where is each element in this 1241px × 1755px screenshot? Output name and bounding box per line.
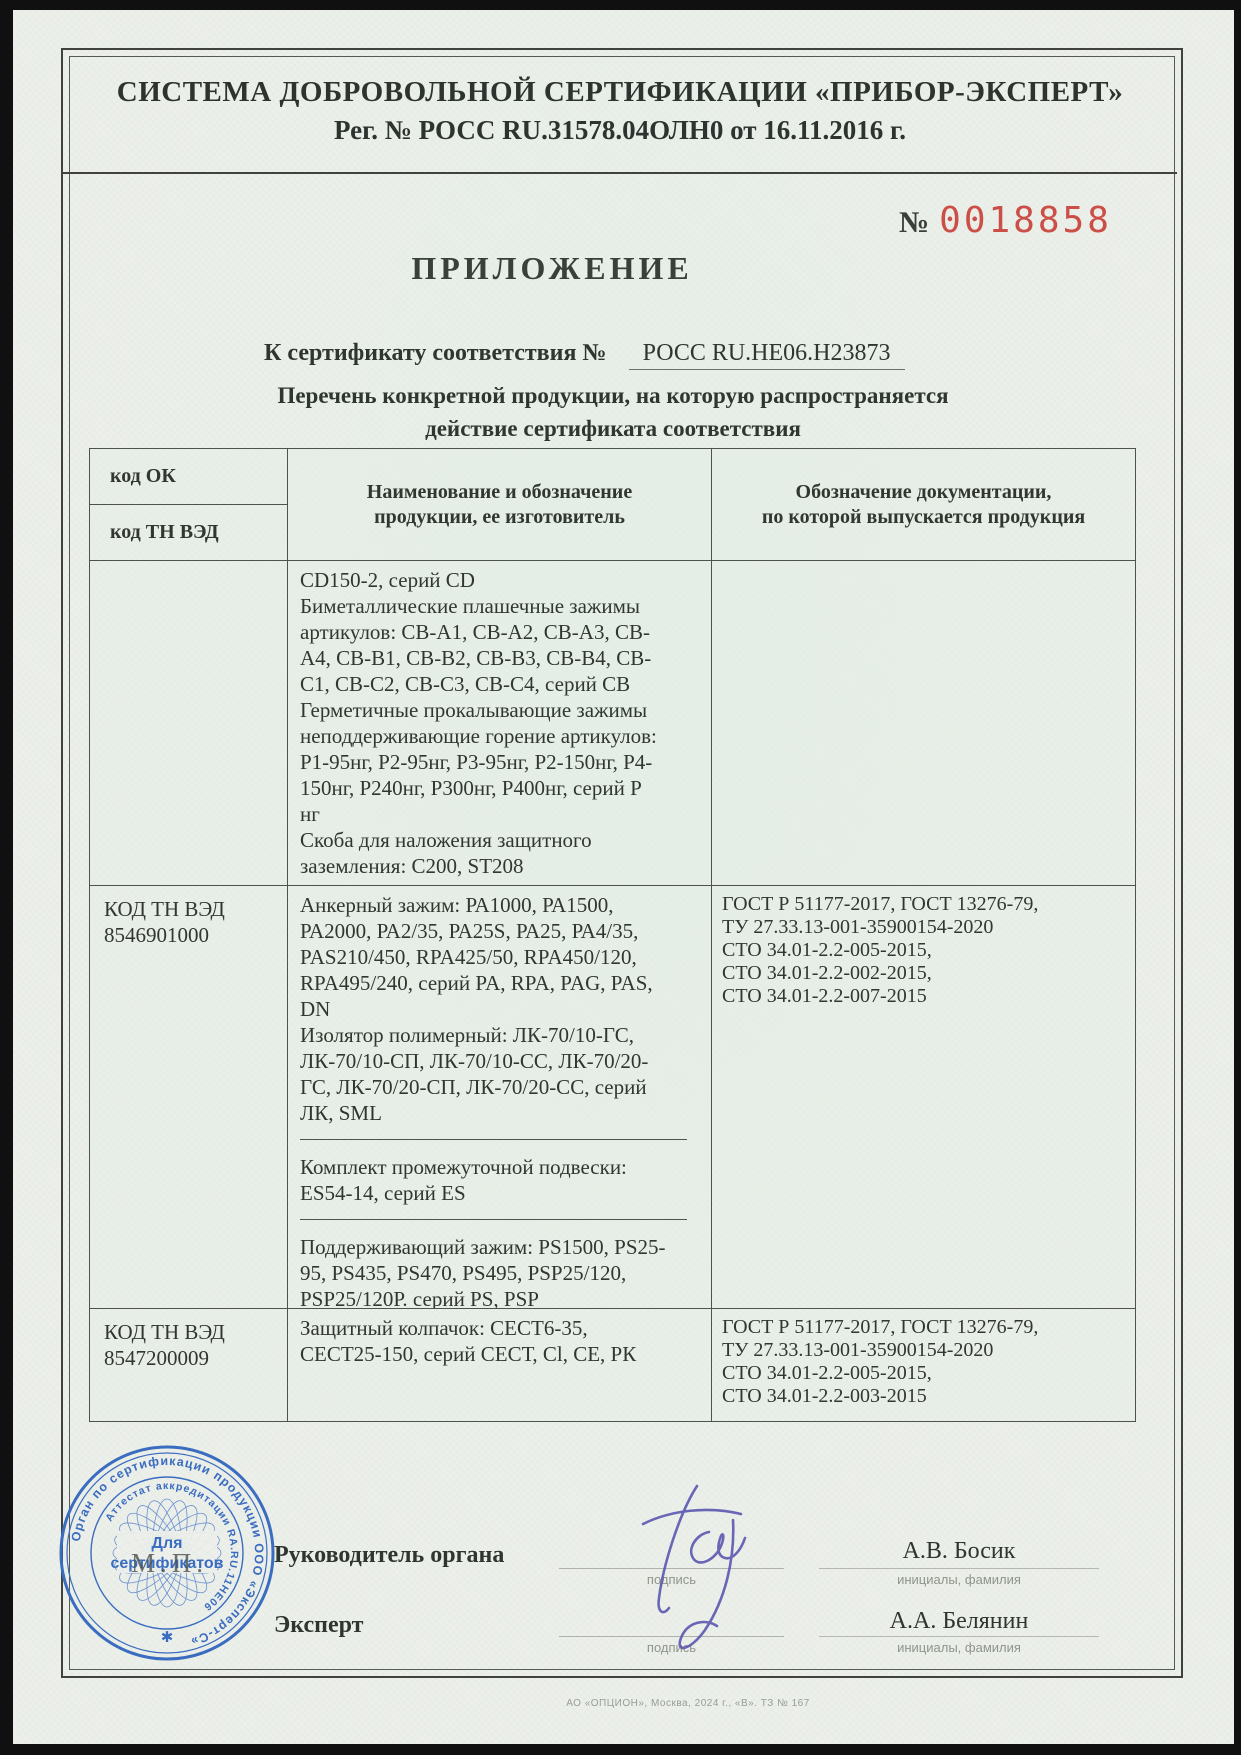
document-number-value: 0018858 [939,200,1112,241]
text-line: СТО 34.01-2.2-003-2015 [722,1385,1129,1408]
cell-section-divider [300,1139,687,1140]
table-row2-docs-cell: ГОСТ Р 51177-2017, ГОСТ 13276-79,ТУ 27.3… [712,886,1135,1309]
text-line: артикулов: СВ-А1, СВ-А2, СВ-А3, СВ- [300,619,703,645]
table-row1-product-cell: CD150-2, серий CDБиметаллические плашечн… [288,561,712,886]
text-line: СТО 34.01-2.2-005-2015, [722,1362,1129,1385]
system-name: СИСТЕМА ДОБРОВОЛЬНОЙ СЕРТИФИКАЦИИ «ПРИБО… [63,76,1177,109]
text-line: ГС, ЛК-70/20-СП, ЛК-70/20-СС, серий [300,1074,703,1100]
paper-background: СИСТЕМА ДОБРОВОЛЬНОЙ СЕРТИФИКАЦИИ «ПРИБО… [13,10,1234,1744]
text-line: продукции, ее изготовитель [288,505,711,530]
certificate-reference-label: К сертификату соответствия № [264,340,607,366]
text-line: RPA495/240, серий PA, RPA, PAG, PAS, [300,970,703,996]
role-expert: Эксперт [274,1612,363,1639]
text-line: ES54-14, серий ES [300,1180,703,1206]
print-shop-footer: АО «ОПЦИОН», Москва, 2024 г., «В». ТЗ № … [213,1698,1163,1709]
text-line: DN [300,996,703,1022]
text-line: КОД ТН ВЭД [104,1319,279,1345]
name-head-of-body: А.В. Босик [819,1538,1099,1565]
text-line: Изолятор полимерный: ЛК-70/10-ГС, [300,1022,703,1048]
table-row3-code-cell: КОД ТН ВЭД8547200009 [90,1309,288,1421]
text-line: КОД ТН ВЭД [104,896,279,922]
text-line: СТО 34.01-2.2-005-2015, [722,939,1129,962]
subtitle-line-2: действие сертификата соответствия [113,416,1113,442]
text-line: PSP25/120Р. серий PS, PSP [300,1286,703,1309]
text-line: А4, СВ-В1, СВ-В2, СВ-В3, СВ-В4, СВ- [300,645,703,671]
text-line: Поддерживающий зажим: PS1500, PS25- [300,1234,703,1260]
text-line: СТО 34.01-2.2-007-2015 [722,985,1129,1008]
number-sign: № [899,206,929,239]
text-line: ГОСТ Р 51177-2017, ГОСТ 13276-79, [722,1316,1129,1339]
table-header-code-column: код ОК код ТН ВЭД [90,449,288,561]
name-caption-1: инициалы, фамилия [819,1572,1099,1587]
header-code-tnved: код ТН ВЭД [90,505,287,560]
text-line: СЕСТ25-150, серий СЕСТ, Сl, СЕ, РК [300,1341,703,1367]
certificate-reference-line: К сертификату соответствия №РОСС RU.НЕ06… [264,340,905,370]
text-line: ЛК, SML [300,1100,703,1126]
text-line: С1, СВ-С2, СВ-С3, СВ-С4, серий СВ [300,671,703,697]
text-line: РА2000, РА2/35, РА25S, РА25, РА4/35, [300,918,703,944]
table-header-docs-column: Обозначение документации,по которой выпу… [712,449,1135,561]
page-title: ПРИЛОЖЕНИЕ [382,250,722,287]
table-row1-docs-cell [712,561,1135,886]
handwritten-signature [613,1480,803,1665]
text-line: 8547200009 [104,1345,279,1371]
text-line: СТО 34.01-2.2-002-2015, [722,962,1129,985]
text-line: 150нг, Р240нг, Р300нг, Р400нг, серий Р [300,775,703,801]
text-line: неподдерживающие горение артикулов: [300,723,703,749]
table-row3-docs-cell: ГОСТ Р 51177-2017, ГОСТ 13276-79,ТУ 27.3… [712,1309,1135,1421]
subtitle-line-1: Перечень конкретной продукции, на котору… [113,383,1113,409]
text-line: Обозначение документации, [712,480,1135,505]
text-line: Защитный колпачок: СЕСТ6-35, [300,1315,703,1341]
table-row2-product-cell: Анкерный зажим: РА1000, РА1500,РА2000, Р… [288,886,712,1309]
text-line: по которой выпускается продукция [712,505,1135,530]
certificate-reference-value: РОСС RU.НЕ06.Н23873 [629,340,905,370]
text-line: Комплект промежуточной подвески: [300,1154,703,1180]
text-line: ГОСТ Р 51177-2017, ГОСТ 13276-79, [722,893,1129,916]
text-line: 8546901000 [104,922,279,948]
stamp-asterisk-icon: ✱ [161,1630,174,1646]
text-line: ТУ 27.33.13-001-35900154-2020 [722,1339,1129,1362]
cell-section-divider [300,1219,687,1220]
text-line: Наименование и обозначение [288,480,711,505]
name-line-2 [819,1636,1099,1637]
product-table: код ОК код ТН ВЭД Наименование и обознач… [89,448,1136,1422]
text-line: PAS210/450, RPA425/50, RPA450/120, [300,944,703,970]
registration-number-line: Рег. № РОСС RU.31578.04ОЛН0 от 16.11.201… [63,115,1177,146]
certification-system-banner: СИСТЕМА ДОБРОВОЛЬНОЙ СЕРТИФИКАЦИИ «ПРИБО… [63,50,1177,174]
text-line: Анкерный зажим: РА1000, РА1500, [300,892,703,918]
text-line: Р1-95нг, Р2-95нг, Р3-95нг, Р2-150нг, Р4- [300,749,703,775]
text-line: Скоба для наложения защитного [300,827,703,853]
text-line: ЛК-70/10-СП, ЛК-70/10-СС, ЛК-70/20- [300,1048,703,1074]
name-caption-2: инициалы, фамилия [819,1640,1099,1655]
role-head-of-body: Руководитель органа [274,1542,504,1569]
scanned-certificate-page: СИСТЕМА ДОБРОВОЛЬНОЙ СЕРТИФИКАЦИИ «ПРИБО… [0,0,1241,1755]
text-line: заземления: С200, ST208 [300,853,703,879]
stamp-mp-overlay: М.П. [131,1548,208,1579]
document-number: №0018858 [899,200,1112,241]
header-code-ok: код ОК [90,449,287,505]
text-line: 95, PS435, PS470, PS495, PSP25/120, [300,1260,703,1286]
text-line: Герметичные прокалывающие зажимы [300,697,703,723]
name-expert: А.А. Белянин [819,1608,1099,1635]
name-line-1 [819,1568,1099,1569]
table-row1-code-cell [90,561,288,886]
text-line: нг [300,801,703,827]
table-row3-product-cell: Защитный колпачок: СЕСТ6-35,СЕСТ25-150, … [288,1309,712,1421]
text-line: ТУ 27.33.13-001-35900154-2020 [722,916,1129,939]
text-line: Биметаллические плашечные зажимы [300,593,703,619]
table-header-product-column: Наименование и обозначениепродукции, ее … [288,449,712,561]
table-row2-code-cell: КОД ТН ВЭД8546901000 [90,886,288,1309]
text-line: CD150-2, серий CD [300,567,703,593]
